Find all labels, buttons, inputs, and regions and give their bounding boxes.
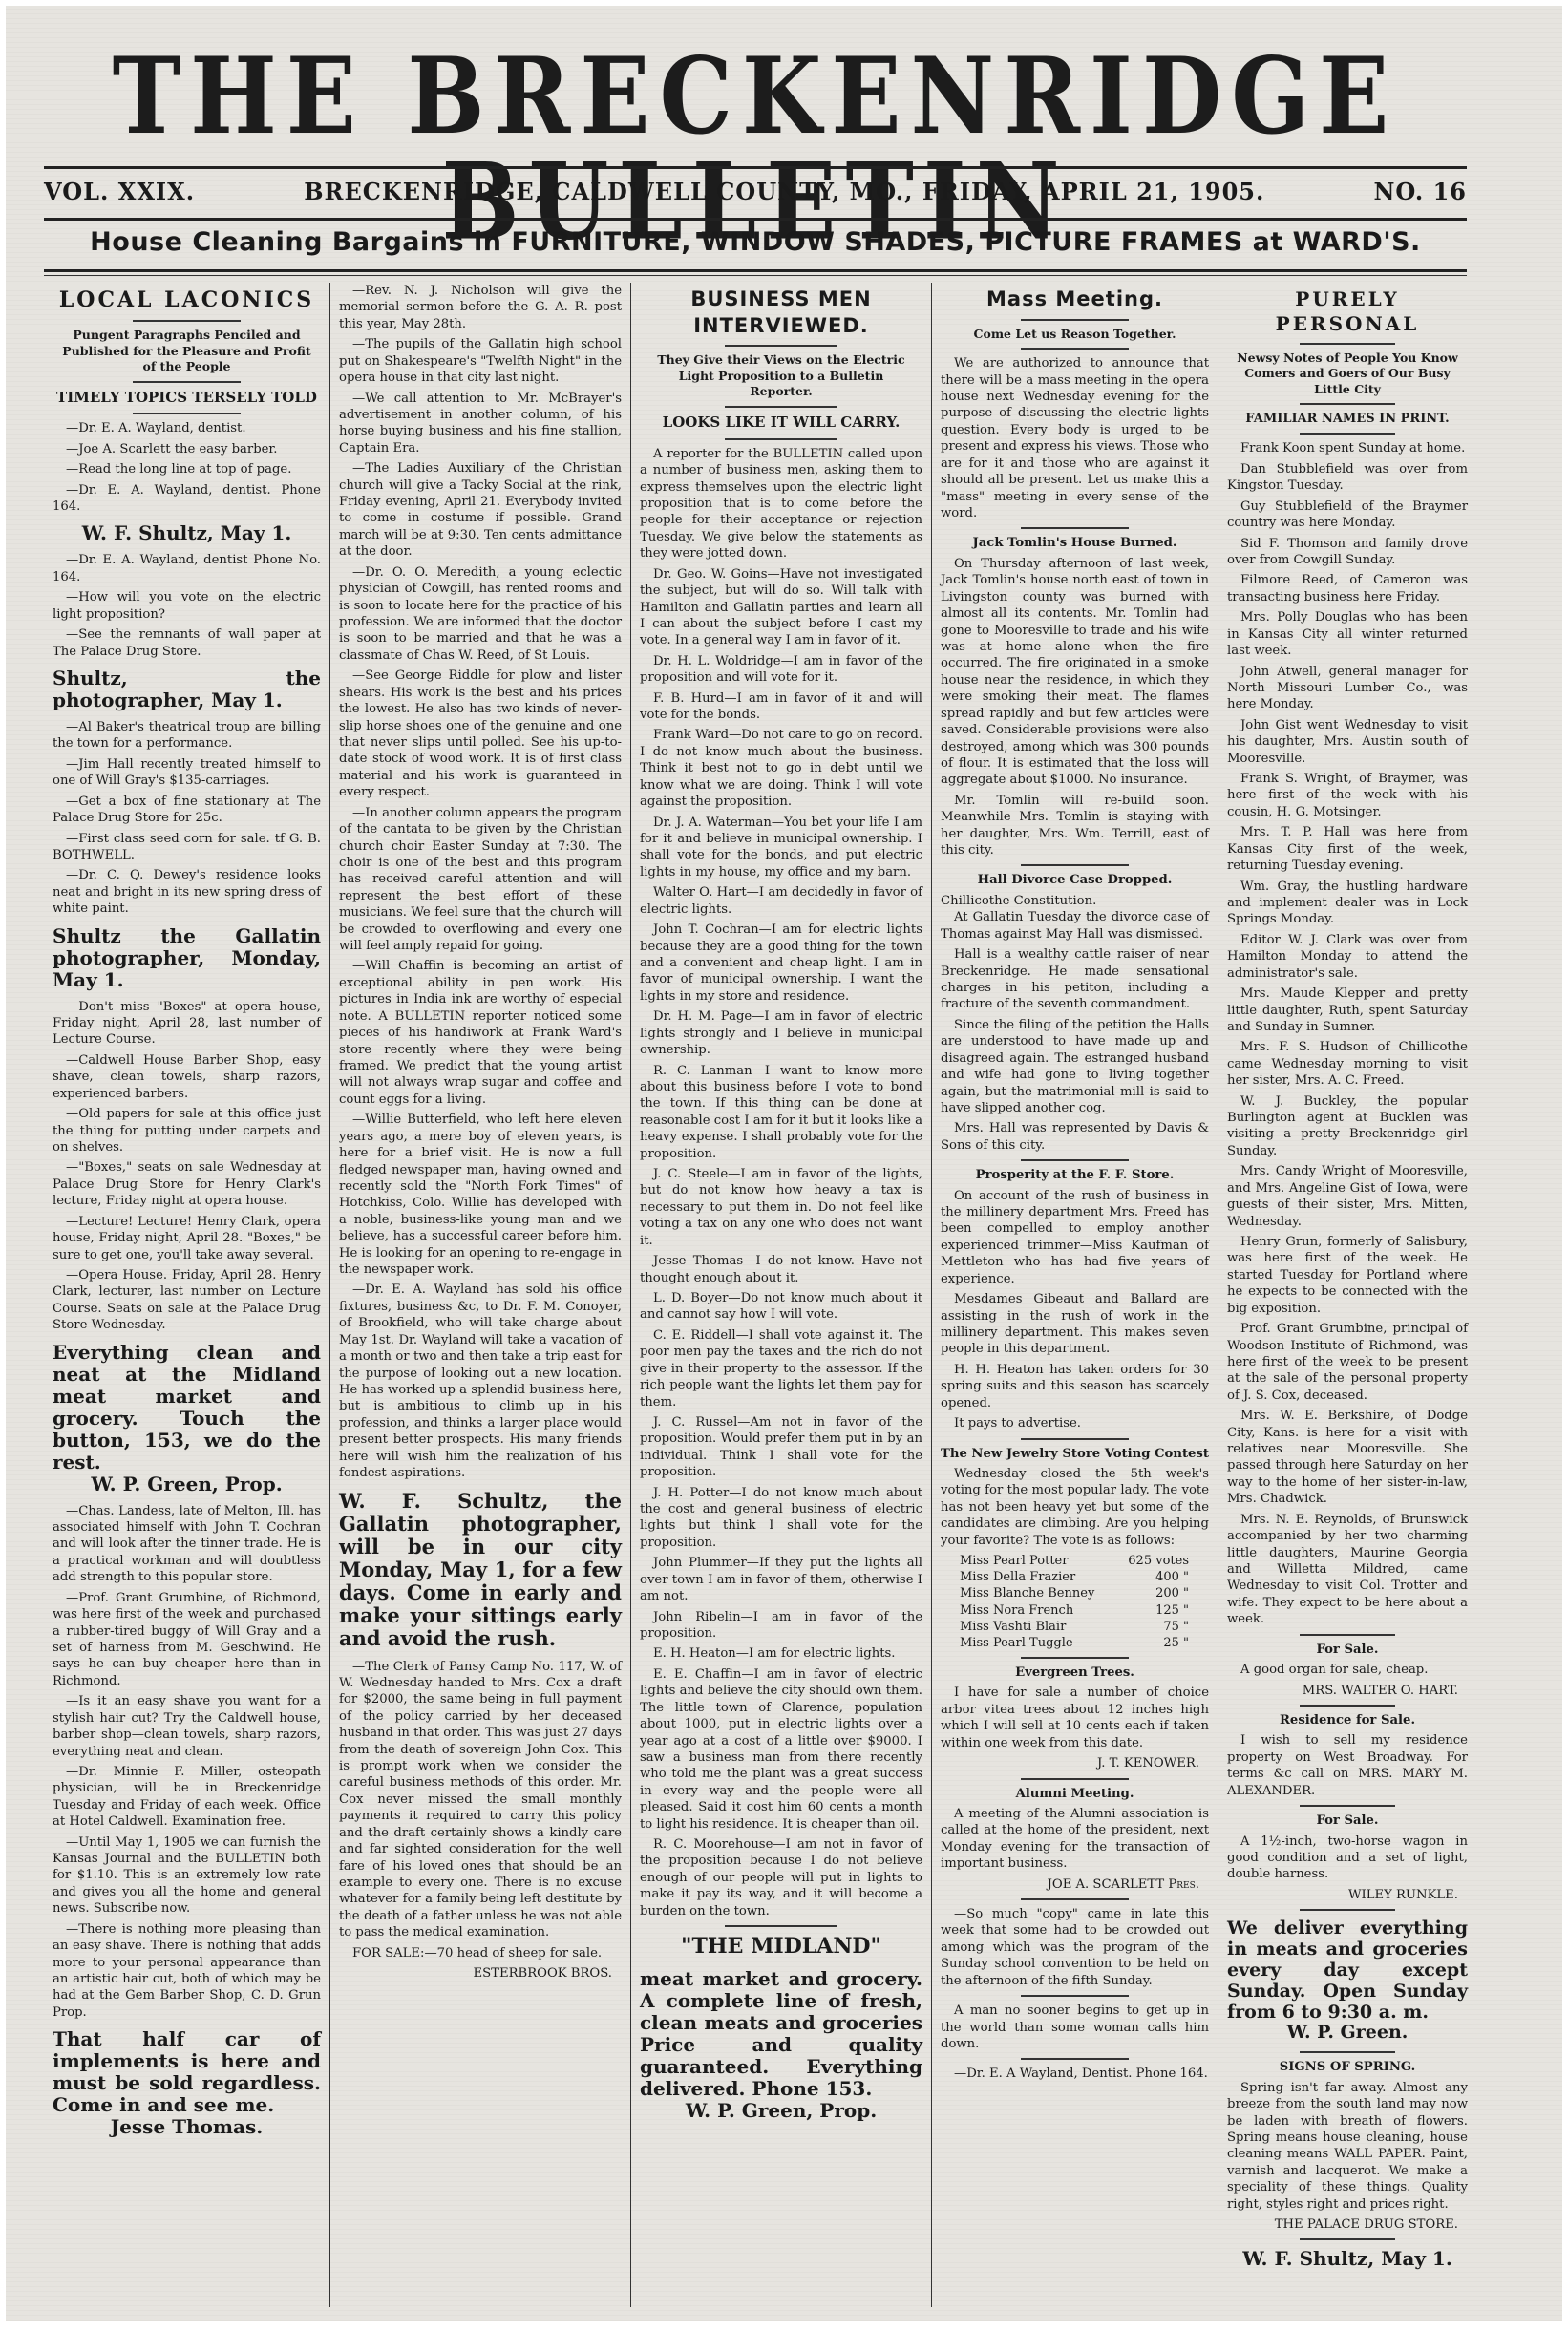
list-item: J. H. Potter—I do not know much about th… [640,1485,922,1552]
divider [1021,1898,1128,1900]
article-text: Spring isn't far away. Almost any breeze… [1227,2080,1468,2213]
list-item: —Prof. Grant Grumbine, of Richmond, was … [53,1590,321,1690]
article-text: We are authorized to announce that there… [941,355,1209,521]
divider [1021,319,1128,321]
article-text: Wednesday closed the 5th week's voting f… [941,1466,1209,1549]
divider [1021,1438,1128,1440]
list-item: J. C. Russel—Am not in favor of the prop… [640,1414,922,1481]
column-local-news: —Rev. N. J. Nicholson will give the memo… [330,283,631,2307]
divider [133,320,240,322]
dateline: VOL. XXIX. BRECKENRIDGE, CALDWELL COUNTY… [44,178,1467,205]
list-item: —Dr. E. A. Wayland has sold his office f… [339,1282,622,1481]
section-subhead: Pungent Paragraphs Penciled and Publishe… [60,328,313,375]
list-item: Frank S. Wright, of Braymer, was here fi… [1227,771,1468,820]
vote-count: 200 " [1155,1585,1189,1601]
list-item: On account of the rush of business in th… [941,1188,1209,1288]
list-item: Mrs. Candy Wright of Mooresville, and Mr… [1227,1163,1468,1230]
display-ad: Everything clean and neat at the Midland… [53,1342,321,1495]
list-item: —First class seed corn for sale. tf G. B… [53,831,321,864]
candidate-name: Miss Nora French [960,1602,1073,1619]
list-item: Jesse Thomas—I do not know. Have not tho… [640,1253,922,1286]
list-item: Dr. H. L. Woldridge—I am in favor of the… [640,653,922,687]
signature: JOE A. SCARLETT Pres. [941,1876,1199,1893]
display-ad: meat market and grocery. A complete line… [640,1968,922,2122]
vote-row: Miss Nora French125 " [960,1602,1189,1619]
ad-text: Everything clean and neat at the Midland… [53,1341,321,1473]
divider [725,438,837,440]
list-item: At Gallatin Tuesday the divorce case of … [941,909,1209,943]
issue-number: NO. 16 [1373,178,1467,205]
list-item: E. H. Heaton—I am for electric lights. [640,1645,922,1662]
list-item: —Get a box of fine stationary at The Pal… [53,794,321,827]
article-text: —Dr. E. A Wayland, Dentist. Phone 164. [941,2066,1209,2082]
divider [1021,1657,1128,1659]
list-item: Mrs. F. S. Hudson of Chillicothe came We… [1227,1039,1468,1089]
divider [725,345,837,347]
article-heading: For Sale. [1227,1813,1468,1829]
list-item: John T. Cochran—I am for electric lights… [640,922,922,1005]
article-heading: SIGNS OF SPRING. [1227,2059,1468,2075]
candidate-name: Miss Pearl Tuggle [960,1635,1073,1651]
candidate-name: Miss Pearl Potter [960,1553,1068,1569]
vote-count: 125 " [1155,1602,1189,1619]
article-text: A meeting of the Alumni association is c… [941,1806,1209,1873]
column-local-laconics: LOCAL LACONICS Pungent Paragraphs Pencil… [44,283,330,2307]
divider [725,406,837,408]
newspaper-page: THE BRECKENRIDGE BULLETIN VOL. XXIX. BRE… [6,6,1562,2321]
section-subhead: TIMELY TOPICS TERSELY TOLD [53,389,321,408]
article-text: —So much "copy" came in late this week t… [941,1906,1209,1989]
divider [1300,1909,1396,1911]
article-heading: Jack Tomlin's House Burned. [941,535,1209,551]
list-item: A reporter for the BULLETIN called upon … [640,446,922,562]
list-item: —Dr. Minnie F. Miller, osteopath physici… [53,1764,321,1831]
section-subhead: Newsy Notes of People You Know Comers an… [1235,350,1460,398]
list-item: On Thursday afternoon of last week, Jack… [941,556,1209,789]
signature: ESTERBROOK BROS. [339,1965,612,1982]
list-item: John Gist went Wednesday to visit his da… [1227,717,1468,767]
classified: FOR SALE:—70 head of sheep for sale. [339,1945,622,1961]
list-item: It pays to advertise. [941,1415,1209,1431]
list-item: Dan Stubblefield was over from Kingston … [1227,461,1468,495]
column-mass-meeting: Mass Meeting. Come Let us Reason Togethe… [932,283,1218,2307]
list-item: Dr. J. A. Waterman—You bet your life I a… [640,815,922,881]
article-heading: Residence for Sale. [1227,1712,1468,1728]
list-item: —Lecture! Lecture! Henry Clark, opera ho… [53,1214,321,1263]
divider [44,275,1467,276]
item-list: —Dr. E. A. Wayland, dentist Phone No. 16… [53,552,321,660]
list-item: —Dr. O. O. Meredith, a young eclectic ph… [339,564,622,665]
list-item: Dr. H. M. Page—I am in favor of electric… [640,1008,922,1058]
article-text: A 1½-inch, two-horse wagon in good condi… [1227,1834,1468,1883]
divider [44,166,1467,169]
list-item: H. H. Heaton has taken orders for 30 spr… [941,1362,1209,1411]
list-item: John Ribelin—I am in favor of the propos… [640,1609,922,1643]
ad-text: meat market and grocery. A complete line… [640,1967,922,2100]
section-subhead: FAMILIAR NAMES IN PRINT. [1227,411,1468,427]
divider [725,1925,837,1927]
list-item: C. E. Riddell—I shall vote against it. T… [640,1327,922,1410]
divider [1021,864,1128,866]
list-item: Filmore Reed, of Cameron was transacting… [1227,572,1468,605]
list-item: Dr. Geo. W. Goins—Have not investigated … [640,566,922,649]
list-item: Editor W. J. Clark was over from Hamilto… [1227,932,1468,982]
list-item: Prof. Grant Grumbine, principal of Woods… [1227,1321,1468,1404]
place-date: BRECKENRIDGE, CALDWELL COUNTY, MO., FRID… [304,178,1264,205]
article-source: Chillicothe Constitution. [941,893,1209,909]
list-item: —Caldwell House Barber Shop, easy shave,… [53,1052,321,1102]
list-item: —Jim Hall recently treated himself to on… [53,756,321,790]
display-ad: Shultz, the photographer, May 1. [53,668,321,711]
columns: LOCAL LACONICS Pungent Paragraphs Pencil… [44,283,1476,2307]
list-item: —We call attention to Mr. McBrayer's adv… [339,391,622,457]
signature: WILEY RUNKLE. [1227,1887,1458,1903]
list-item: —Al Baker's theatrical troup are billing… [53,719,321,753]
list-item: —Dr. E. A. Wayland, dentist. [53,420,321,436]
divider [1300,343,1396,345]
ad-signature: Jesse Thomas. [53,2116,321,2138]
vote-count: 400 " [1155,1569,1189,1585]
list-item: Mrs. Hall was represented by Davis & Son… [941,1120,1209,1154]
divider [1021,1778,1128,1780]
list-item: Guy Stubblefield of the Braymer country … [1227,498,1468,532]
list-item: —How will you vote on the electric light… [53,589,321,623]
list-item: Wm. Gray, the hustling hardware and impl… [1227,879,1468,928]
list-item: Mrs. Maude Klepper and pretty little dau… [1227,986,1468,1035]
ad-text: That half car of implements is here and … [53,2027,321,2116]
article-heading: Alumni Meeting. [941,1786,1209,1802]
signature: J. T. KENOWER. [941,1755,1199,1771]
section-heading: BUSINESS MEN INTERVIEWED. [640,286,922,339]
section-heading: LOCAL LACONICS [53,286,321,314]
display-ad: Shultz the Gallatin photographer, Monday… [53,925,321,991]
section-heading: PURELY PERSONAL [1227,286,1468,337]
list-item: —Joe A. Scarlett the easy barber. [53,441,321,457]
ad-title: "THE MIDLAND" [640,1933,922,1961]
list-item: —Is it an easy shave you want for a styl… [53,1693,321,1760]
section-subhead: Come Let us Reason Together. [948,327,1201,343]
list-item: Frank Ward—Do not care to go on record. … [640,727,922,810]
banner-ad: House Cleaning Bargains in FURNITURE, WI… [44,227,1467,257]
vote-count: 25 " [1163,1635,1189,1651]
article-heading: Prosperity at the F. F. Store. [941,1167,1209,1183]
divider [1300,433,1396,435]
display-ad: W. F. Shultz, May 1. [53,522,321,544]
list-item: —Read the long line at top of page. [53,461,321,477]
list-item: —Until May 1, 1905 we can furnish the Ka… [53,1834,321,1918]
item-list: —Rev. N. J. Nicholson will give the memo… [339,283,622,1482]
list-item: E. E. Chaffin—I am in favor of electric … [640,1666,922,1833]
list-item: L. D. Boyer—Do not know much about it an… [640,1290,922,1324]
display-ad: That half car of implements is here and … [53,2028,321,2138]
divider [1300,1634,1396,1636]
divider [1021,527,1128,529]
list-item: —Don't miss "Boxes" at opera house, Frid… [53,999,321,1049]
list-item: —"Boxes," seats on sale Wednesday at Pal… [53,1159,321,1209]
article-text: A good organ for sale, cheap. [1227,1662,1468,1678]
article-heading: Hall Divorce Case Dropped. [941,872,1209,888]
divider [1300,2051,1396,2053]
list-item: —See the remnants of wall paper at The P… [53,626,321,660]
list-item: Since the filing of the petition the Hal… [941,1017,1209,1117]
divider [44,269,1467,272]
masthead-title: THE BRECKENRIDGE BULLETIN [44,44,1467,255]
item-list: Frank Koon spent Sunday at home.Dan Stub… [1227,440,1468,1627]
item-list: A reporter for the BULLETIN called upon … [640,446,922,1919]
vote-count: 75 " [1163,1619,1189,1635]
list-item: —Willie Butterfield, who left here eleve… [339,1112,622,1278]
divider [1300,403,1396,405]
ad-signature: W. P. Green, Prop. [640,2100,922,2122]
list-item: Mrs. T. P. Hall was here from Kansas Cit… [1227,824,1468,874]
article-text: I have for sale a number of choice arbor… [941,1685,1209,1751]
list-item: —The Ladies Auxiliary of the Christian c… [339,460,622,561]
list-item: J. C. Steele—I am in favor of the lights… [640,1166,922,1249]
item-list: —Chas. Landess, late of Melton, Ill. has… [53,1503,321,2022]
item-list: —Don't miss "Boxes" at opera house, Frid… [53,999,321,1334]
article-text: I wish to sell my residence property on … [1227,1732,1468,1799]
item-list: On account of the rush of business in th… [941,1188,1209,1432]
list-item: Mrs. W. E. Berkshire, of Dodge City, Kan… [1227,1408,1468,1508]
column-business-men: BUSINESS MEN INTERVIEWED. They Give thei… [631,283,932,2307]
article-heading: Evergreen Trees. [941,1664,1209,1681]
divider [1300,2238,1396,2240]
list-item: Mrs. N. E. Reynolds, of Brunswick accomp… [1227,1512,1468,1628]
list-item: Frank Koon spent Sunday at home. [1227,440,1468,456]
signature: MRS. WALTER O. HART. [1227,1683,1458,1699]
list-item: John Atwell, general manager for North M… [1227,664,1468,713]
candidate-name: Miss Della Frazier [960,1569,1075,1585]
article-heading: For Sale. [1227,1642,1468,1658]
list-item: —Dr. E. A. Wayland, dentist. Phone 164. [53,482,321,516]
divider [1300,1705,1396,1707]
item-list: —Al Baker's theatrical troup are billing… [53,719,321,918]
ad-text: We deliver everything in meats and groce… [1227,1918,1468,2022]
section-subhead: They Give their Views on the Electric Li… [647,352,915,400]
vote-count: 625 votes [1128,1553,1189,1569]
list-item: Walter O. Hart—I am decidedly in favor o… [640,884,922,918]
divider [1021,1159,1128,1161]
divider [133,413,240,414]
article-text: A man no sooner begins to get up in the … [941,2003,1209,2052]
list-item: —See George Riddle for plow and lister s… [339,668,622,800]
list-item: —Chas. Landess, late of Melton, Ill. has… [53,1503,321,1586]
list-item: —In another column appears the program o… [339,805,622,955]
item-list: —Dr. E. A. Wayland, dentist.—Joe A. Scar… [53,420,321,515]
list-item: Mrs. Polly Douglas who has been in Kansa… [1227,609,1468,659]
list-item: Hall is a wealthy cattle raiser of near … [941,946,1209,1013]
list-item: R. C. Lanman—I want to know more about t… [640,1063,922,1163]
article-heading: The New Jewelry Store Voting Contest [941,1446,1209,1462]
list-item: Mr. Tomlin will re-build soon. Meanwhile… [941,793,1209,859]
vote-row: Miss Della Frazier400 " [960,1569,1189,1585]
list-item: —Dr. C. Q. Dewey's residence looks neat … [53,867,321,917]
vote-row: Miss Blanche Benney200 " [960,1585,1189,1601]
divider [1021,2058,1128,2060]
vote-row: Miss Pearl Potter625 votes [960,1553,1189,1569]
candidate-name: Miss Vashti Blair [960,1619,1066,1635]
list-item: —Opera House. Friday, April 28. Henry Cl… [53,1267,321,1334]
section-heading: Mass Meeting. [941,286,1209,313]
divider [1021,348,1128,350]
divider [1300,1805,1396,1807]
list-item: John Plummer—If they put the lights all … [640,1555,922,1604]
divider [1021,1995,1128,1997]
section-subhead: LOOKS LIKE IT WILL CARRY. [640,413,922,433]
item-list: At Gallatin Tuesday the divorce case of … [941,909,1209,1154]
ad-signature: W. P. Green. [1227,2023,1468,2044]
list-item: Henry Grun, formerly of Salisbury, was h… [1227,1234,1468,1317]
volume: VOL. XXIX. [44,178,195,205]
item-list: On Thursday afternoon of last week, Jack… [941,556,1209,859]
vote-row: Miss Vashti Blair75 " [960,1619,1189,1635]
divider [133,381,240,383]
list-item: —The pupils of the Gallatin high school … [339,336,622,386]
list-item: F. B. Hurd—I am in favor of it and will … [640,690,922,724]
list-item: —Dr. E. A. Wayland, dentist Phone No. 16… [53,552,321,585]
display-ad: W. F. Shultz, May 1. [1227,2248,1468,2270]
list-item: W. J. Buckley, the popular Burlington ag… [1227,1093,1468,1160]
list-item: —Will Chaffin is becoming an artist of e… [339,958,622,1108]
divider [44,218,1467,221]
vote-row: Miss Pearl Tuggle25 " [960,1635,1189,1651]
column-purely-personal: PURELY PERSONAL Newsy Notes of People Yo… [1218,283,1476,2307]
vote-table: Miss Pearl Potter625 votesMiss Della Fra… [960,1553,1209,1651]
list-item: —Old papers for sale at this office just… [53,1106,321,1155]
ad-signature: W. P. Green, Prop. [53,1473,321,1495]
candidate-name: Miss Blanche Benney [960,1585,1094,1601]
list-item: Mesdames Gibeaut and Ballard are assisti… [941,1291,1209,1358]
list-item: —The Clerk of Pansy Camp No. 117, W. of … [339,1659,622,1941]
display-ad: W. F. Schultz, the Gallatin photographer… [339,1490,622,1651]
display-ad: We deliver everything in meats and groce… [1227,1919,1468,2044]
list-item: Sid F. Thomson and family drove over fro… [1227,536,1468,569]
list-item: —Rev. N. J. Nicholson will give the memo… [339,283,622,332]
item-list: —The Clerk of Pansy Camp No. 117, W. of … [339,1659,622,1941]
signature: THE PALACE DRUG STORE. [1227,2216,1458,2233]
list-item: R. C. Moorehouse—I am not in favor of th… [640,1836,922,1919]
list-item: —There is nothing more pleasing than an … [53,1921,321,2022]
